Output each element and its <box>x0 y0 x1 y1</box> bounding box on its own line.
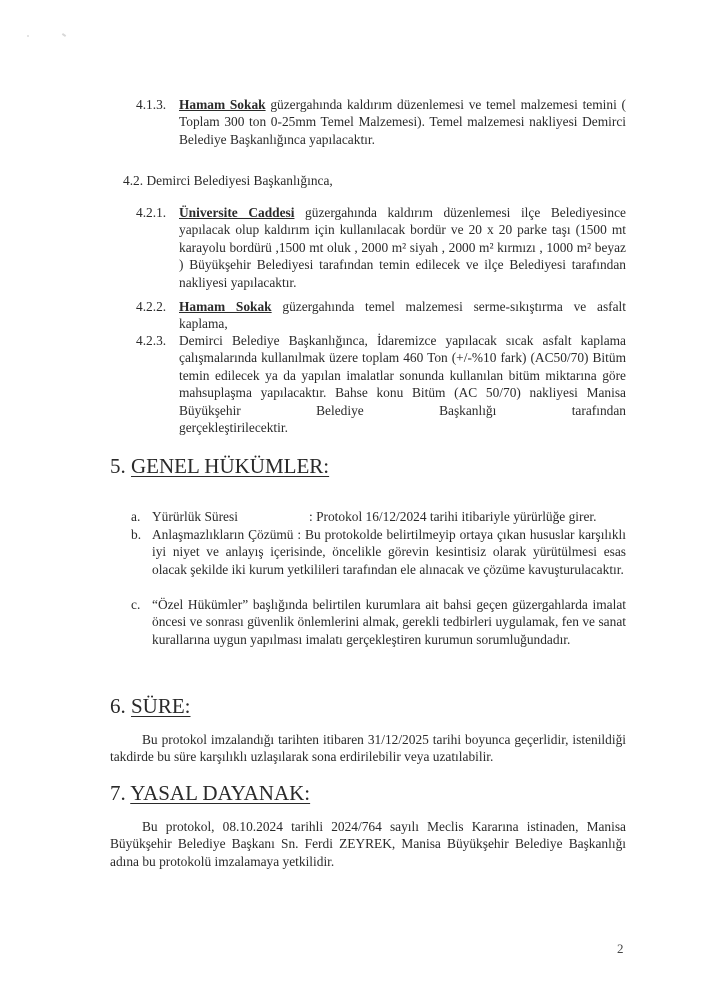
section-title: YASAL DAYANAK: <box>130 781 310 805</box>
section-heading-sure: 6. SÜRE: <box>110 694 191 718</box>
section-number: 5. <box>110 454 126 478</box>
page-number: 2 <box>617 940 624 957</box>
list-body: Anlaşmazlıkların Çözümü : Bu protokolde … <box>152 526 626 578</box>
list-letter: a. <box>131 508 140 525</box>
sure-paragraph: Bu protokol imzalandığı tarihten itibare… <box>110 731 626 766</box>
clause-heading: 4.2. Demirci Belediyesi Başkanlığınca, <box>123 172 333 189</box>
clause-body: Demirci Belediye Başkanlığınca, İdaremiz… <box>179 332 626 436</box>
list-letter: c. <box>131 596 140 613</box>
street-name: Üniversite Caddesi <box>179 205 294 220</box>
section-number: 6. <box>110 694 126 718</box>
list-label: Anlaşmazlıkların Çözümü <box>152 527 294 542</box>
list-body: Yürürlük Süresi: Protokol 16/12/2024 tar… <box>152 508 626 525</box>
list-text: “Özel Hükümler” başlığında belirtilen ku… <box>152 596 626 648</box>
document-page: 4.1.3. Hamam Sokak güzergahında kaldırım… <box>0 0 707 1000</box>
section-title: SÜRE: <box>131 694 191 718</box>
clause-number: 4.2.1. <box>136 204 166 221</box>
list-letter: b. <box>131 526 141 543</box>
section-heading-yasal-dayanak: 7. YASAL DAYANAK: <box>110 781 310 805</box>
clause-number: 4.1.3. <box>136 96 166 113</box>
street-name: Hamam Sokak <box>179 97 266 112</box>
yasal-dayanak-paragraph: Bu protokol, 08.10.2024 tarihli 2024/764… <box>110 818 626 870</box>
section-number: 7. <box>110 781 126 805</box>
clause-body: Hamam Sokak güzergahında kaldırım düzenl… <box>179 96 626 148</box>
clause-body: Hamam Sokak güzergahında temel malzemesi… <box>179 298 626 333</box>
list-label: Yürürlük Süresi <box>152 508 309 525</box>
clause-number: 4.2. <box>123 173 143 188</box>
section-heading-genel-hukumler: 5. GENEL HÜKÜMLER: <box>110 454 329 478</box>
paragraph-text: Bu protokol, 08.10.2024 tarihli 2024/764… <box>110 818 626 870</box>
scan-artifact <box>27 35 29 37</box>
list-text: : Protokol 16/12/2024 tarihi itibariyle … <box>309 509 596 524</box>
list-body: “Özel Hükümler” başlığında belirtilen ku… <box>152 596 626 648</box>
street-name: Hamam Sokak <box>179 299 272 314</box>
paragraph-text: Bu protokol imzalandığı tarihten itibare… <box>110 731 626 766</box>
clause-text: Demirci Belediye Başkanlığınca, İdaremiz… <box>179 332 626 419</box>
clause-body: Üniversite Caddesi güzergahında kaldırım… <box>179 204 626 291</box>
scan-artifact <box>62 33 66 37</box>
section-title: GENEL HÜKÜMLER: <box>131 454 329 478</box>
clause-number: 4.2.2. <box>136 298 166 315</box>
clause-text: Demirci Belediyesi Başkanlığınca, <box>146 173 332 188</box>
clause-number: 4.2.3. <box>136 332 166 349</box>
clause-text-end: gerçekleştirilecektir. <box>179 419 626 436</box>
